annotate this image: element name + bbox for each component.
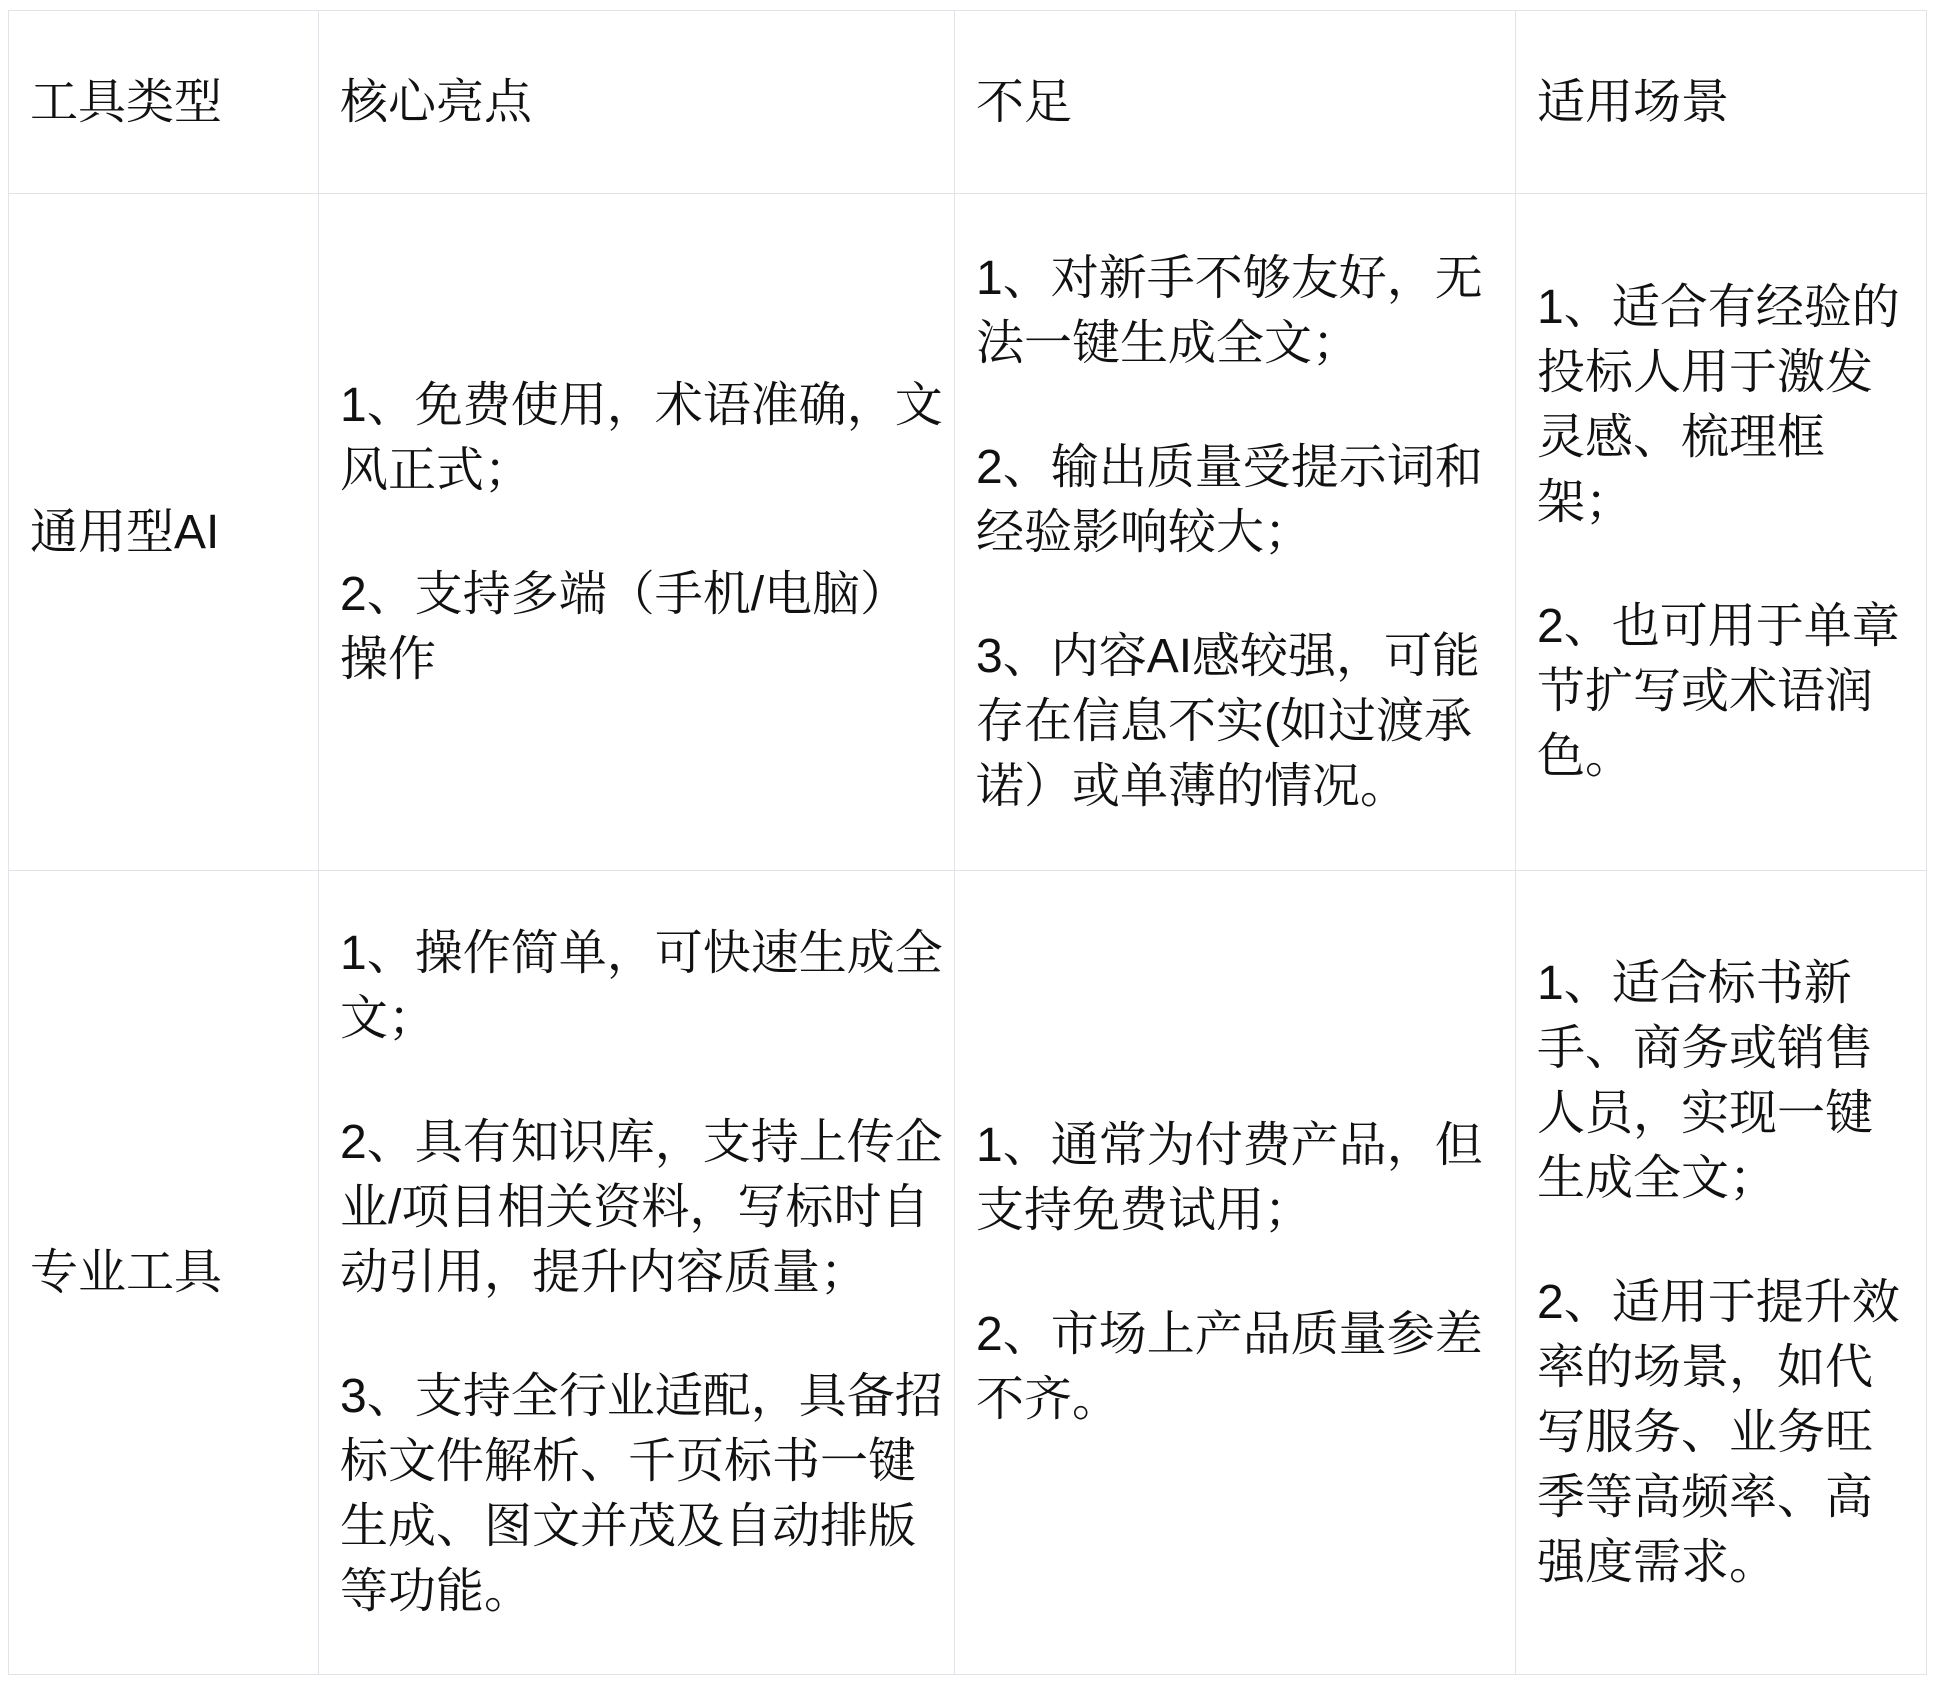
table-row-general-ai: 通用型AI 1、免费使用，术语准确，文风正式； 2、支持多端（手机/电脑）操作 …: [9, 194, 1927, 871]
list-item: 2、适用于提升效率的场景，如代写服务、业务旺季等高频率、高强度需求。: [1537, 1270, 1920, 1595]
cell-tool-type: 专业工具: [9, 871, 319, 1675]
cell-tool-type: 通用型AI: [9, 194, 319, 871]
header-row: 工具类型 核心亮点 不足 适用场景: [9, 11, 1927, 194]
cell-scenarios: 1、适合有经验的投标人用于激发灵感、梳理框架； 2、也可用于单章节扩写或术语润色…: [1516, 194, 1927, 871]
cell-highlights: 1、操作简单，可快速生成全文； 2、具有知识库，支持上传企业/项目相关资料，写标…: [319, 871, 955, 1675]
list-item: 2、也可用于单章节扩写或术语润色。: [1537, 594, 1920, 789]
header-highlights: 核心亮点: [319, 11, 955, 194]
header-scenarios: 适用场景: [1516, 11, 1927, 194]
cell-scenarios: 1、适合标书新手、商务或销售人员，实现一键生成全文； 2、适用于提升效率的场景，…: [1516, 871, 1927, 1675]
list-item: 1、操作简单，可快速生成全文；: [340, 921, 948, 1051]
cell-weaknesses: 1、通常为付费产品，但支持免费试用； 2、市场上产品质量参差不齐。: [955, 871, 1516, 1675]
list-item: 3、支持全行业适配，具备招标文件解析、千页标书一键生成、图文并茂及自动排版等功能…: [340, 1364, 948, 1624]
list-item: 1、免费使用，术语准确，文风正式；: [340, 373, 948, 503]
cell-weaknesses: 1、对新手不够友好，无法一键生成全文； 2、输出质量受提示词和经验影响较大； 3…: [955, 194, 1516, 871]
list-item: 1、通常为付费产品，但支持免费试用；: [976, 1113, 1509, 1243]
comparison-table-container: 工具类型 核心亮点 不足 适用场景 通用型AI 1、免费使用，术语准确，文风正式…: [8, 10, 1927, 1675]
list-item: 1、适合标书新手、商务或销售人员，实现一键生成全文；: [1537, 951, 1920, 1211]
list-item: 1、适合有经验的投标人用于激发灵感、梳理框架；: [1537, 275, 1920, 535]
table-row-professional-tool: 专业工具 1、操作简单，可快速生成全文； 2、具有知识库，支持上传企业/项目相关…: [9, 871, 1927, 1675]
cell-highlights: 1、免费使用，术语准确，文风正式； 2、支持多端（手机/电脑）操作: [319, 194, 955, 871]
header-weaknesses: 不足: [955, 11, 1516, 194]
list-item: 1、对新手不够友好，无法一键生成全文；: [976, 246, 1509, 376]
header-tool-type: 工具类型: [9, 11, 319, 194]
list-item: 2、市场上产品质量参差不齐。: [976, 1302, 1509, 1432]
tool-comparison-table: 工具类型 核心亮点 不足 适用场景 通用型AI 1、免费使用，术语准确，文风正式…: [8, 10, 1927, 1675]
list-item: 2、输出质量受提示词和经验影响较大；: [976, 435, 1509, 565]
list-item: 2、具有知识库，支持上传企业/项目相关资料，写标时自动引用，提升内容质量；: [340, 1110, 948, 1305]
list-item: 3、内容AI感较强，可能存在信息不实(如过渡承诺）或单薄的情况。: [976, 624, 1509, 819]
list-item: 2、支持多端（手机/电脑）操作: [340, 562, 948, 692]
